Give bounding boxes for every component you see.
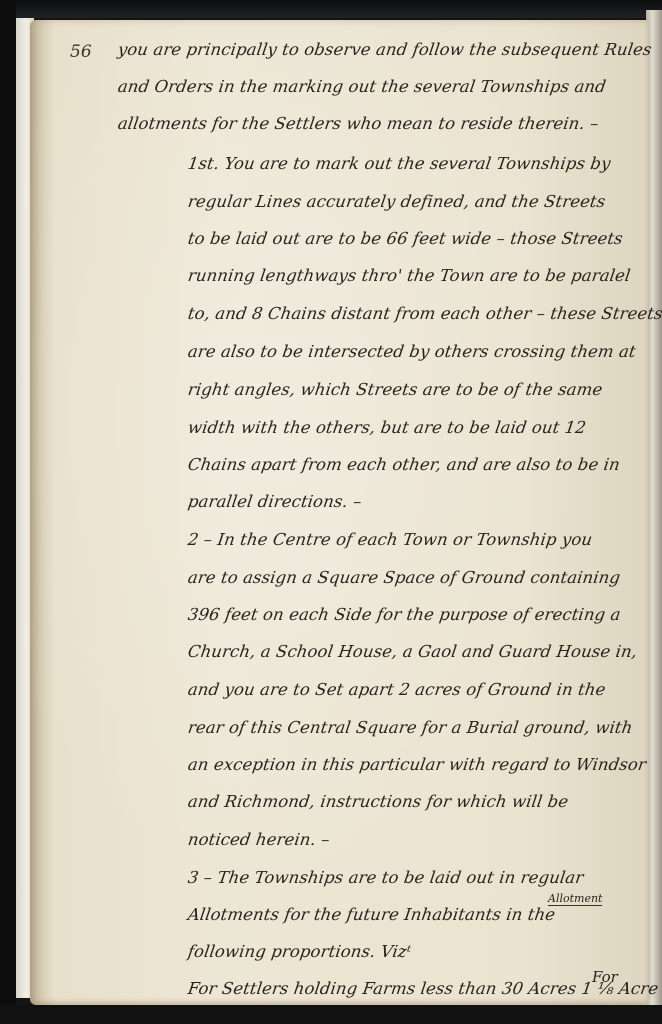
book-binding-top xyxy=(0,0,662,18)
text-line: running lengthways thro' the Town are to… xyxy=(187,266,632,285)
text-line: are also to be intersected by others cro… xyxy=(187,342,637,361)
text-line: following proportions. Vizᵗ xyxy=(187,942,413,961)
text-line: Church, a School House, a Gaol and Guard… xyxy=(187,642,639,661)
book-bottom-edge xyxy=(0,1005,662,1024)
text-line: 1st. You are to mark out the several Tow… xyxy=(187,154,612,173)
text-line: 2 – In the Centre of each Town or Townsh… xyxy=(187,530,594,549)
facing-page-edge xyxy=(646,10,662,1024)
text-line: noticed herein. – xyxy=(187,830,331,849)
text-line: 3 – The Townships are to be laid out in … xyxy=(187,868,585,887)
text-line: parallel directions. – xyxy=(187,492,363,511)
page-number: 56 xyxy=(70,42,92,62)
text-line: For Settlers holding Farms less than 30 … xyxy=(187,979,660,998)
text-line: right angles, which Streets are to be of… xyxy=(187,380,604,399)
text-line: to, and 8 Chains distant from each other… xyxy=(187,304,662,323)
text-line: width with the others, but are to be lai… xyxy=(187,418,588,437)
text-line: 396 feet on each Side for the purpose of… xyxy=(187,605,622,624)
text-line: and Orders in the marking out the severa… xyxy=(117,77,608,96)
margin-annotation: Allotment xyxy=(548,892,602,906)
catchword: For xyxy=(592,968,618,986)
text-line: and you are to Set apart 2 acres of Grou… xyxy=(187,680,607,699)
text-line: to be laid out are to be 66 feet wide – … xyxy=(187,229,624,248)
text-line: allotments for the Settlers who mean to … xyxy=(117,114,600,133)
text-line: and Richmond, instructions for which wil… xyxy=(187,792,570,811)
text-line: rear of this Central Square for a Burial… xyxy=(187,718,634,737)
text-line: an exception in this particular with reg… xyxy=(187,755,648,774)
text-line: you are principally to observe and follo… xyxy=(117,40,653,59)
book-cover-left xyxy=(0,0,16,1024)
text-line: Allotments for the future Inhabitants in… xyxy=(187,905,557,924)
text-line: regular Lines accurately defined, and th… xyxy=(187,192,607,211)
text-line: are to assign a Square Space of Ground c… xyxy=(187,568,622,587)
text-line: Chains apart from each other, and are al… xyxy=(187,455,622,474)
